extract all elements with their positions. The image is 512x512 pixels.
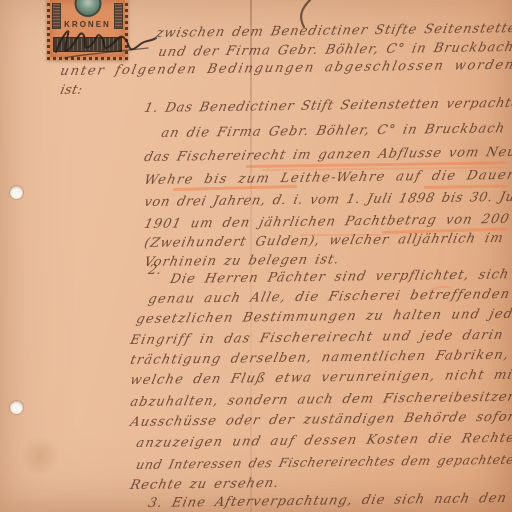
handwritten-line: und Interessen des Fischereirechtes dem … [135,452,512,472]
handwritten-line: trächtigung derselben, namentlichen Fabr… [129,348,511,368]
handwritten-line: 1. Das Benedictiner Stift Seitenstetten … [143,96,512,116]
handwritten-line: Ausschüsse oder der zuständigen Behörde … [129,410,512,430]
handwritten-line: zwischen dem Benedictiner Stifte Seitens… [155,21,512,41]
handwritten-line: von drei Jahren, d. i. vom 1. Juli 1898 … [143,190,512,210]
handwritten-line: Die Herren Pächter sind verpflichtet, si… [169,267,511,287]
handwritten-line: gesetzlichen Bestimmungen zu halten und … [135,306,512,327]
handwritten-line: ist: [59,83,84,98]
handwritten-line: Eingriff in das Fischereirecht und jede … [129,328,505,348]
crayon-underline [424,185,508,189]
handwritten-line: an die Firma Gebr. Böhler, C° in Bruckba… [160,121,507,141]
document-page: KRONEN zwischen dem Benedictiner Stifte … [0,0,512,512]
stamp-signature-ink [44,18,162,64]
handwritten-line: 2. [147,263,164,278]
handwritten-line: Rechte zu ersehen. [129,476,281,493]
handwritten-line: genau auch Alle, die Fischerei betreffen… [147,287,512,307]
paper-stain [18,438,62,474]
punch-hole-bottom [10,401,23,414]
stamp-medallion-icon [74,0,101,17]
handwritten-line: Vorhinein zu belegen ist. [143,252,341,270]
handwritten-line: anzuzeigen und auf dessen Kosten die Rec… [135,431,512,451]
punch-hole-top [10,186,23,199]
handwritten-line: (Zweihundert Gulden), welcher alljährlic… [143,231,505,251]
handwritten-line: und der Firma Gebr. Böhler, C° in Bruckb… [157,40,512,60]
handwritten-line: 3. Eine Afterverpachtung, die sich nach … [147,491,509,511]
handwritten-line: welche den Fluß etwa verunreinigen, nich… [129,368,512,388]
handwritten-line: abzuhalten, sondern auch dem Fischereibe… [129,390,512,410]
